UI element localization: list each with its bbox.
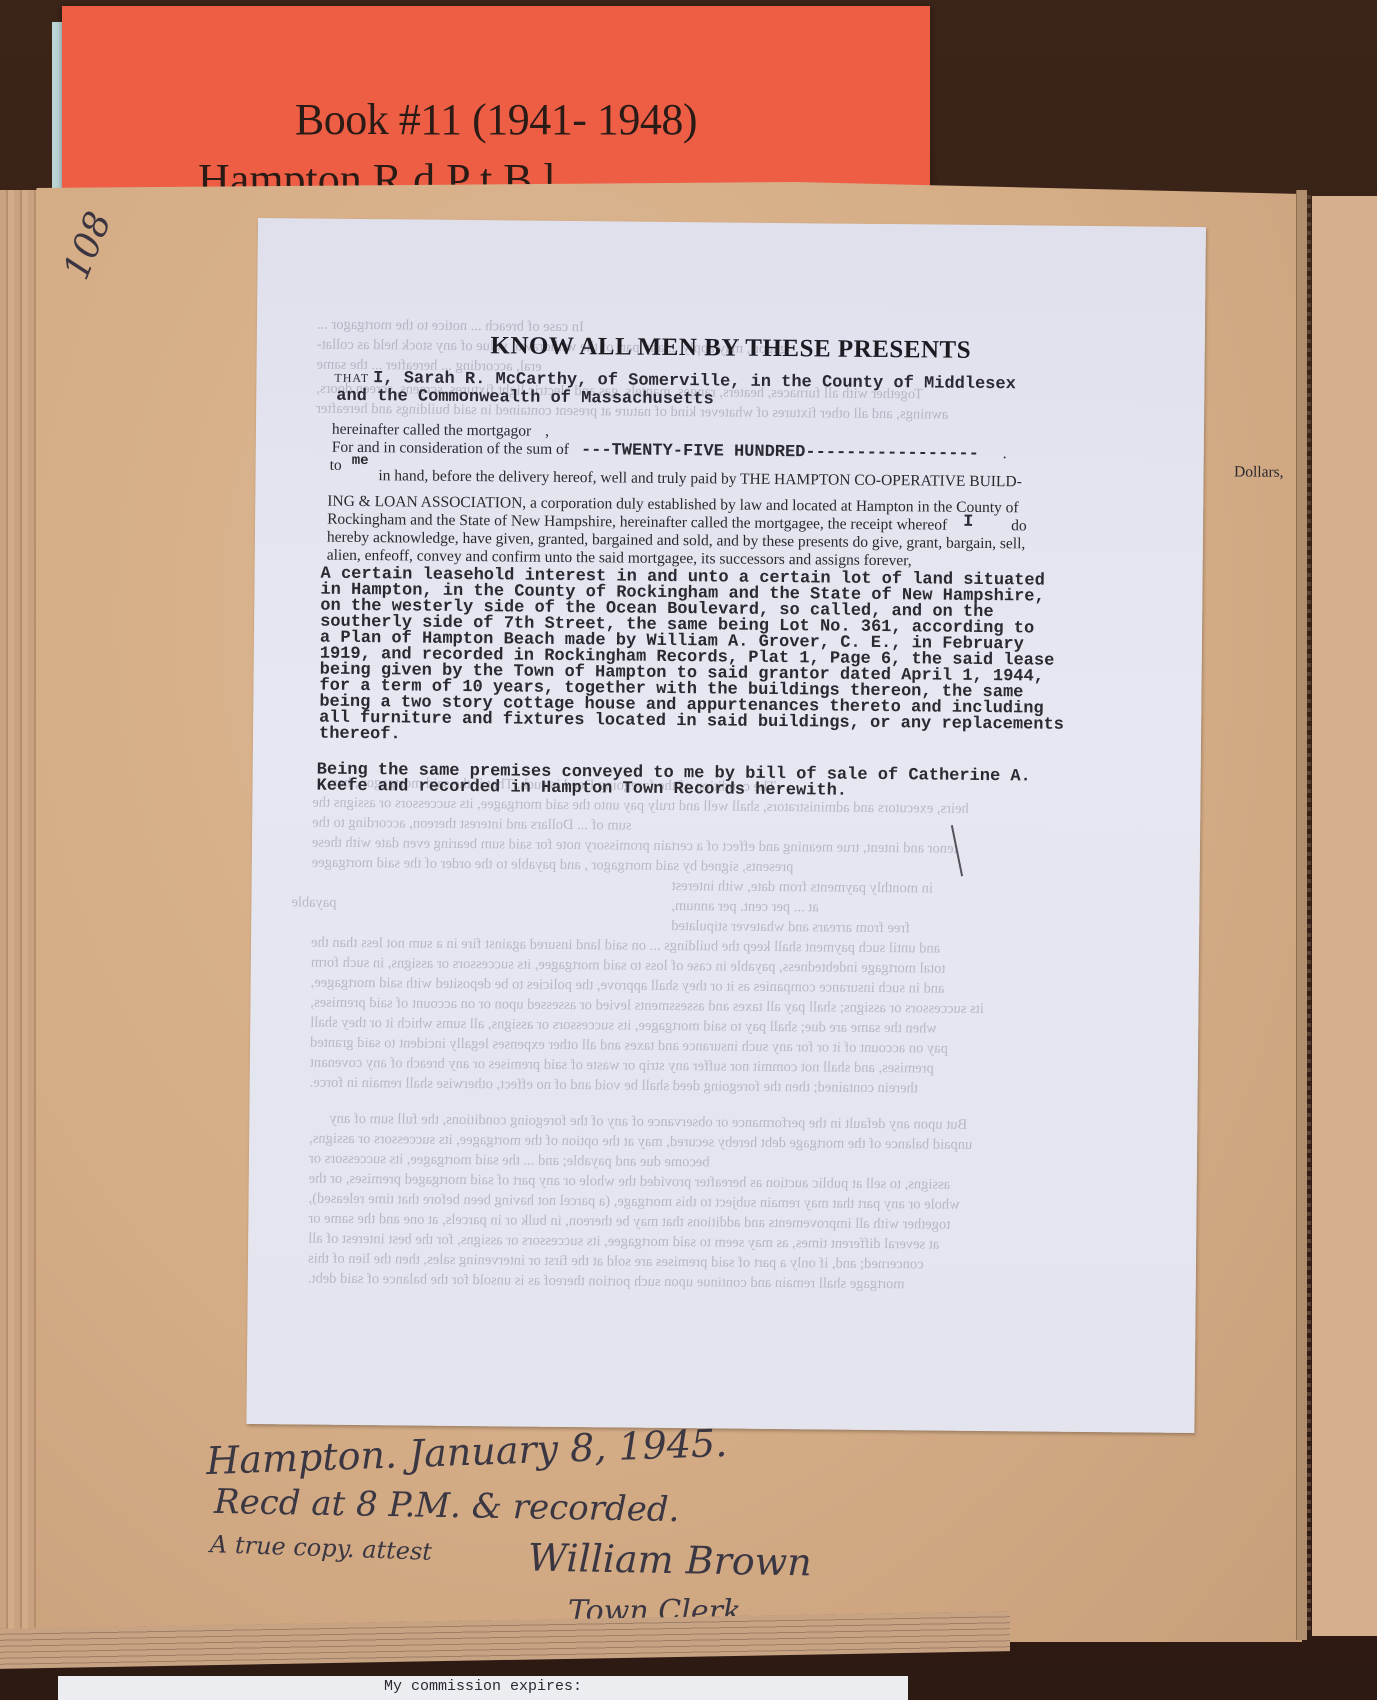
showthrough-text: concerned; and, if only a part of said p… [308,1251,924,1274]
showthrough-text: free from arrears and whatever stipulate… [671,918,910,937]
notary-commission-text: My commission expires: [58,1678,908,1695]
showthrough-text: become due and payable; and ... the said… [309,1151,710,1172]
showthrough-text: at ... per cent. per annum, [671,898,819,916]
handwritten-recorded-line: Recd at 8 P.M. & recorded. [214,1482,680,1530]
right-page-edge [1312,196,1377,1636]
showthrough-text: unpaid balance of the mortgage debt here… [309,1131,972,1154]
book-gutter [1296,190,1307,1640]
folder-title: Book #11 (1941- 1948) [62,94,930,145]
showthrough-text: sum of ... Dollars and interest thereon,… [312,815,631,835]
showthrough-text: its successors or assigns; shall pay all… [310,995,983,1018]
showthrough-text: together with all improvements and addit… [308,1211,950,1234]
showthrough-text: and until such payment shall keep the bu… [311,935,940,958]
showthrough-text: total mortgage indebtedness, payable in … [311,955,946,978]
folder-back-sheet [52,22,62,202]
showthrough-text: pay on account of it or for any such ins… [310,1035,948,1058]
grantor-line-2: and the Commonwealth of Massachusetts [336,387,714,410]
showthrough-text: when the same are due; shall pay to said… [310,1015,937,1038]
showthrough-text: premises, and shall not commit nor suffe… [310,1055,934,1078]
showthrough-text: therein contained; then the foregoing de… [310,1075,918,1098]
book-divider-folder: Book #11 (1941- 1948) Hampton R d P t B … [62,6,930,206]
payment-line: to me in hand, before the delivery hereo… [330,457,1210,483]
showthrough-text: tenor and intent, true meaning and effec… [312,835,958,858]
showthrough-text: assigns, to sell at public auction as he… [309,1171,951,1194]
notary-slip: My commission expires: [58,1676,908,1700]
town-clerk-signature: William Brown [528,1536,812,1585]
showthrough-text: and in such insurance companies as it or… [311,975,945,998]
mortgagor-label: hereinafter called the mortgagor, [332,421,549,441]
showthrough-text: whole or any part that may remain subjec… [309,1191,960,1214]
showthrough-text: at several different times, as may seem … [308,1231,939,1254]
that-label: THAT [334,371,369,385]
binding-stitches [1307,195,1311,1635]
showthrough-text: payable [291,894,336,911]
showthrough-text: But upon any default in the performance … [329,1111,967,1134]
payee-typed: me [352,453,369,469]
showthrough-text: mortgage shall remain and continue upon … [308,1271,905,1294]
mortgage-deed-sheet: In case of breach ... notice to the mort… [246,218,1206,1433]
showthrough-text: presents, signed by said mortgagor , and… [312,855,794,877]
showthrough-text: in monthly payments from date, with inte… [672,878,934,898]
